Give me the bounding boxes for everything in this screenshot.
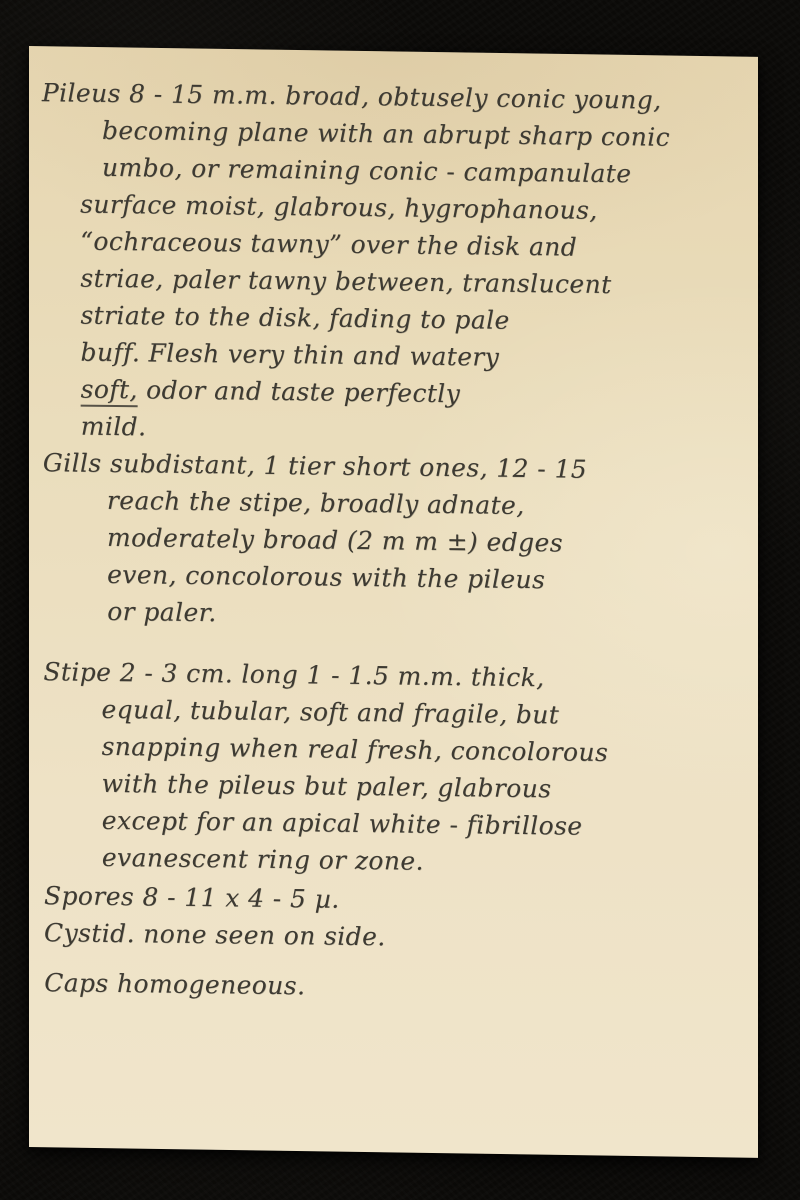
photo-black-felt-background: { "photo": { "background_color": "#0b0a0… [0, 0, 800, 1200]
paragraph-pileus: Pileus 8 - 15 m.m. broad, obtusely conic… [42, 74, 744, 453]
index-card: Pileus 8 - 15 m.m. broad, obtusely conic… [29, 46, 758, 1158]
handwritten-notes: Pileus 8 - 15 m.m. broad, obtusely conic… [42, 74, 745, 1010]
handwritten-line: Cystid. none seen on side. [44, 914, 745, 960]
paragraph-gills: Gills subdistant, 1 tier short ones, 12 … [43, 444, 744, 638]
line-cystidia: Cystid. none seen on side. [44, 914, 745, 960]
paragraph-stipe: Stipe 2 - 3 cm. long 1 - 1.5 m.m. thick,… [43, 653, 745, 884]
underlined-word: soft, [81, 375, 138, 408]
handwritten-line: evanescent ring or zone. [44, 838, 745, 884]
handwritten-line-rest: odor and taste perfectly [138, 375, 461, 408]
handwritten-line: Caps homogeneous. [44, 964, 745, 1010]
handwritten-line: or paler. [43, 592, 744, 638]
line-cap: Caps homogeneous. [44, 964, 745, 1010]
